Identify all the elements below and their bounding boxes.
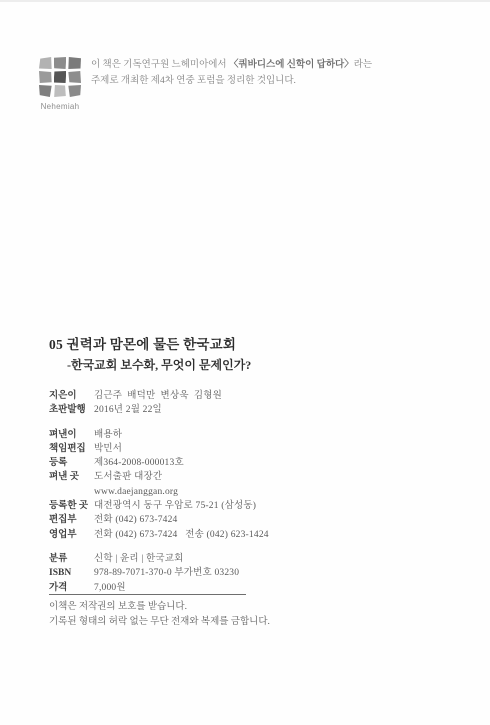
- row-registration: 등록 제364-2008-000013호: [49, 456, 449, 470]
- publisher-logo: Nehemiah: [37, 57, 83, 111]
- row-label: ISBN: [49, 566, 94, 580]
- row-label: 책임편집: [49, 442, 94, 456]
- row-label: 영업부: [49, 528, 94, 542]
- publisher-note: 이 책은 기독연구원 느헤미아에서 〈쿼바디스에 신학이 답하다〉라는 주제로 …: [91, 58, 401, 89]
- section-edition: 지은이 김근주 배덕만 변상욱 김형원 초판발행 2016년 2월 22일: [49, 389, 449, 418]
- row-value: 배용하: [94, 428, 122, 442]
- row-label: 편집부: [49, 513, 94, 527]
- row-value: 전화 (042) 673-7424: [94, 513, 178, 527]
- note-line1-forum-title: 〈쿼바디스에 신학이 답하다〉: [229, 60, 354, 70]
- row-value: 신학 | 윤리 | 한국교회: [94, 552, 184, 566]
- isbn-number: 978-89-7071-370-0 부가번호 03230: [94, 566, 239, 580]
- row-label: 지은이: [49, 389, 94, 403]
- row-value: 도서출판 대장간: [94, 470, 162, 484]
- row-label: 분류: [49, 552, 94, 566]
- row-value: 2016년 2월 22일: [94, 403, 162, 417]
- row-value: 전화 (042) 673-7424 전송 (042) 623-1424: [94, 528, 269, 542]
- row-chief-editor: 책임편집 박민서: [49, 442, 449, 456]
- row-isbn: ISBN 978-89-7071-370-0 부가번호 03230: [49, 566, 449, 580]
- note-line2: 주제로 개최한 제4차 연중 포럼을 정리한 것입니다.: [91, 76, 296, 86]
- website-url: www.daejanggan.org: [94, 485, 178, 499]
- mosaic-logo-icon: [39, 57, 81, 97]
- price-value: 7,000원: [94, 581, 126, 595]
- row-label: 등록한 곳: [49, 499, 94, 513]
- section-classification: 분류 신학 | 윤리 | 한국교회 ISBN 978-89-7071-370-0…: [49, 552, 449, 595]
- note-line1-post: 라는: [354, 60, 372, 70]
- row-label: 가격: [49, 581, 94, 595]
- row-publisher: 펴낸이 배용하: [49, 428, 449, 442]
- note-line1-pre: 이 책은 기독연구원 느헤미아에서: [91, 60, 229, 70]
- row-sales-dept: 영업부 전화 (042) 673-7424 전송 (042) 623-1424: [49, 528, 449, 542]
- row-publishing-house: 펴낸 곳 도서출판 대장간: [49, 470, 449, 484]
- copyright-line2: 기록된 형태의 허락 없는 무단 전재와 복제를 금합니다.: [49, 615, 270, 630]
- divider-line: [49, 594, 246, 595]
- row-website: www.daejanggan.org: [49, 485, 449, 499]
- row-value: 박민서: [94, 442, 122, 456]
- row-label: 펴낸 곳: [49, 470, 94, 484]
- colophon-info: 지은이 김근주 배덕만 변상욱 김형원 초판발행 2016년 2월 22일 펴낸…: [49, 389, 449, 605]
- row-label: [49, 485, 94, 499]
- row-value: 김근주 배덕만 변상욱 김형원: [94, 389, 222, 403]
- section-publisher: 펴낸이 배용하 책임편집 박민서 등록 제364-2008-000013호 펴낸…: [49, 428, 449, 542]
- row-registered-address: 등록한 곳 대전광역시 동구 우암로 75-21 (삼성동): [49, 499, 449, 513]
- colophon-page: Nehemiah 이 책은 기독연구원 느헤미아에서 〈쿼바디스에 신학이 답하…: [0, 0, 490, 725]
- row-first-edition: 초판발행 2016년 2월 22일: [49, 403, 449, 417]
- logo-wordmark: Nehemiah: [37, 102, 83, 111]
- row-price: 가격 7,000원: [49, 581, 449, 595]
- row-value: 대전광역시 동구 우암로 75-21 (삼성동): [94, 499, 256, 513]
- row-author: 지은이 김근주 배덕만 변상욱 김형원: [49, 389, 449, 403]
- book-title-block: 05 권력과 맘몬에 물든 한국교회 -한국교회 보수화, 무엇이 문제인가?: [49, 333, 251, 373]
- row-value: 제364-2008-000013호: [94, 456, 184, 470]
- row-label: 등록: [49, 456, 94, 470]
- row-editorial-dept: 편집부 전화 (042) 673-7424: [49, 513, 449, 527]
- row-label: 초판발행: [49, 403, 94, 417]
- row-category: 분류 신학 | 윤리 | 한국교회: [49, 552, 449, 566]
- row-label: 펴낸이: [49, 428, 94, 442]
- copyright-line1: 이책은 저작권의 보호를 받습니다.: [49, 600, 270, 615]
- book-subtitle: -한국교회 보수화, 무엇이 문제인가?: [67, 356, 251, 373]
- copyright-notice: 이책은 저작권의 보호를 받습니다. 기록된 형태의 허락 없는 무단 전재와 …: [49, 600, 270, 629]
- book-title: 05 권력과 맘몬에 물든 한국교회: [49, 333, 251, 353]
